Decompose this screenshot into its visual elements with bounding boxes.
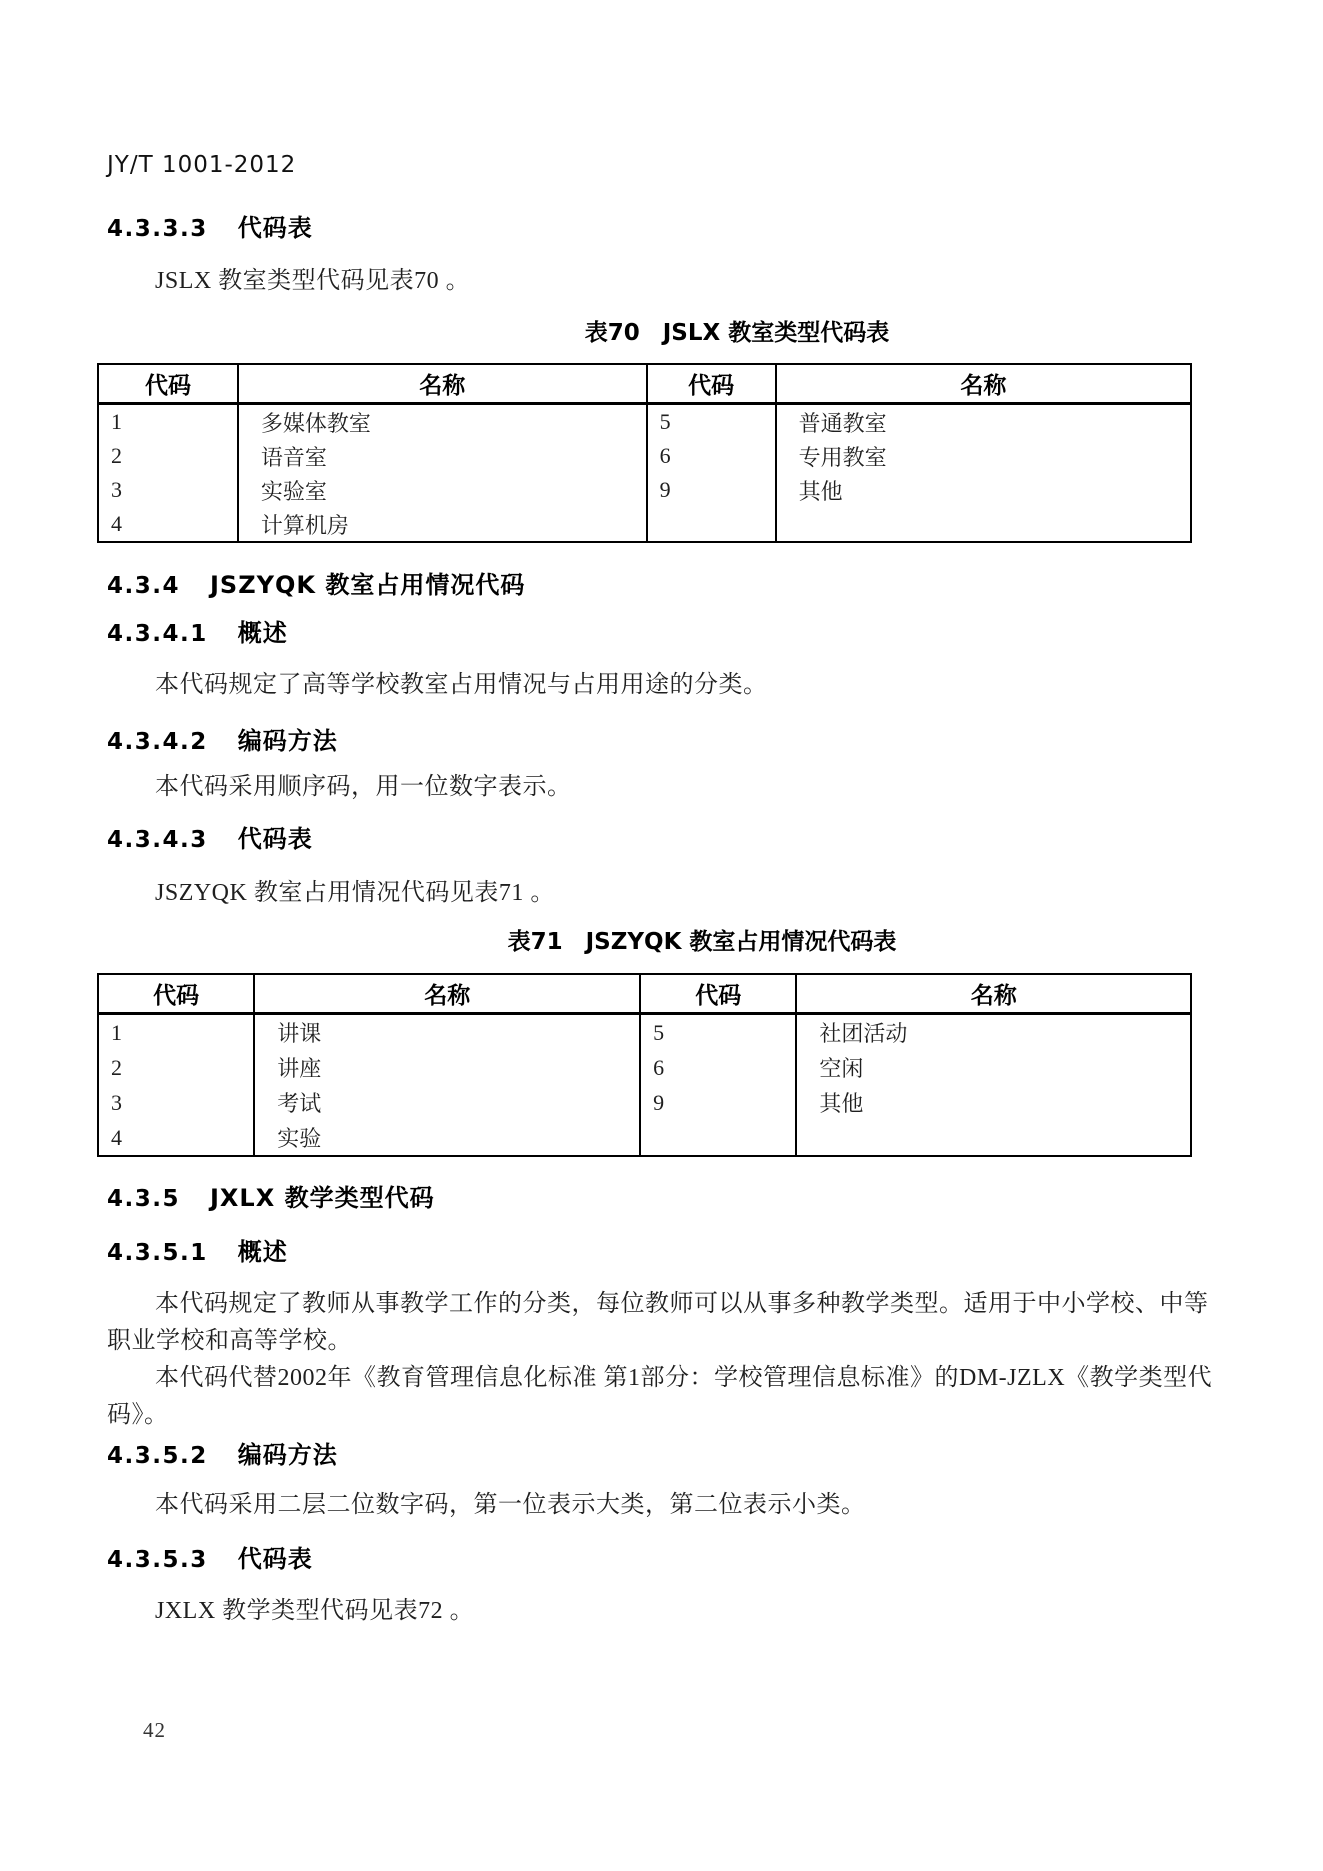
cell-code — [640, 1120, 796, 1156]
section-title: 概述 — [238, 1232, 288, 1267]
paragraph-jszyqk-ref: JSZYQK 教室占用情况代码见表71 。 — [107, 875, 1232, 912]
cell-name — [796, 1120, 1191, 1156]
cell-name: 其他 — [796, 1085, 1191, 1120]
cell-code: 6 — [640, 1050, 796, 1085]
table70-header-name-right: 名称 — [776, 364, 1191, 404]
cell-code: 5 — [640, 1014, 796, 1051]
section-number: 4.3.5.1 — [107, 1240, 208, 1266]
table70: 代码 名称 代码 名称 1 多媒体教室 5 普通教室 2 语音室 6 专用教室 … — [97, 363, 1192, 543]
cell-name: 语音室 — [238, 439, 647, 473]
cell-code: 2 — [98, 1050, 254, 1085]
paragraph-jslx-ref: JSLX 教室类型代码见表70 。 — [107, 263, 1232, 300]
cell-name: 社团活动 — [796, 1014, 1191, 1051]
table71-header-name-right: 名称 — [796, 974, 1191, 1014]
paragraph-coding-method-4-3-4: 本代码采用顺序码，用一位数字表示。 — [107, 769, 1232, 806]
cell-code: 2 — [98, 439, 238, 473]
cell-code: 9 — [640, 1085, 796, 1120]
table71-header-code-right: 代码 — [640, 974, 796, 1014]
section-title: 编码方法 — [238, 1435, 338, 1470]
section-title: JSZYQK 教室占用情况代码 — [210, 565, 525, 600]
cell-name: 多媒体教室 — [238, 404, 647, 440]
section-title: 代码表 — [238, 819, 313, 854]
cell-code: 5 — [647, 404, 776, 440]
section-heading-4-3-5: 4.3.5 JXLX 教学类型代码 — [107, 1178, 435, 1213]
table70-caption: 表70 JSLX 教室类型代码表 — [97, 314, 1192, 347]
table-row: 3 实验室 9 其他 — [98, 473, 1191, 507]
section-number: 4.3.4.3 — [107, 827, 208, 853]
section-heading-4-3-5-2: 4.3.5.2 编码方法 — [107, 1435, 338, 1470]
section-number: 4.3.4.1 — [107, 621, 208, 647]
table70-header-row: 代码 名称 代码 名称 — [98, 364, 1191, 404]
cell-name: 讲课 — [254, 1014, 640, 1051]
section-heading-4-3-4-2: 4.3.4.2 编码方法 — [107, 721, 338, 756]
section-heading-4-3-4-1: 4.3.4.1 概述 — [107, 613, 288, 648]
cell-name: 空闲 — [796, 1050, 1191, 1085]
section-heading-4-3-4-3: 4.3.4.3 代码表 — [107, 819, 313, 854]
section-heading-4-3-5-3: 4.3.5.3 代码表 — [107, 1539, 313, 1574]
table-row: 2 语音室 6 专用教室 — [98, 439, 1191, 473]
cell-name: 实验 — [254, 1120, 640, 1156]
paragraph-jxlx-ref: JXLX 教学类型代码见表72 。 — [107, 1593, 1232, 1630]
cell-name: 讲座 — [254, 1050, 640, 1085]
section-title: 代码表 — [238, 208, 313, 243]
table70-header-code-right: 代码 — [647, 364, 776, 404]
section-number: 4.3.4 — [107, 573, 180, 599]
standard-number: JY/T 1001-2012 — [107, 152, 296, 178]
table-row: 4 实验 — [98, 1120, 1191, 1156]
cell-name: 其他 — [776, 473, 1191, 507]
cell-code: 1 — [98, 404, 238, 440]
cell-code: 9 — [647, 473, 776, 507]
table71: 代码 名称 代码 名称 1 讲课 5 社团活动 2 讲座 6 空闲 3 考试 — [97, 973, 1192, 1157]
cell-code: 6 — [647, 439, 776, 473]
table-row: 4 计算机房 — [98, 507, 1191, 542]
section-number: 4.3.3.3 — [107, 216, 208, 242]
cell-code: 3 — [98, 1085, 254, 1120]
table71-header-row: 代码 名称 代码 名称 — [98, 974, 1191, 1014]
cell-code: 4 — [98, 507, 238, 542]
cell-name — [776, 507, 1191, 542]
table-row: 1 多媒体教室 5 普通教室 — [98, 404, 1191, 440]
cell-code: 4 — [98, 1120, 254, 1156]
table71-header-name-left: 名称 — [254, 974, 640, 1014]
paragraph-overview-4-3-5: 本代码规定了教师从事教学工作的分类，每位教师可以从事多种教学类型。适用于中小学校… — [107, 1286, 1232, 1434]
table71-header-code-left: 代码 — [98, 974, 254, 1014]
cell-name: 考试 — [254, 1085, 640, 1120]
section-title: 代码表 — [238, 1539, 313, 1574]
paragraph-coding-method-4-3-5: 本代码采用二层二位数字码，第一位表示大类，第二位表示小类。 — [107, 1487, 1232, 1524]
cell-name: 专用教室 — [776, 439, 1191, 473]
section-number: 4.3.5.3 — [107, 1547, 208, 1573]
table-row: 3 考试 9 其他 — [98, 1085, 1191, 1120]
section-heading-4-3-3-3: 4.3.3.3 代码表 — [107, 208, 313, 243]
cell-code — [647, 507, 776, 542]
section-title: 概述 — [238, 613, 288, 648]
cell-name: 普通教室 — [776, 404, 1191, 440]
section-number: 4.3.4.2 — [107, 729, 208, 755]
cell-code: 3 — [98, 473, 238, 507]
page-number: 42 — [143, 1718, 166, 1743]
document-page: JY/T 1001-2012 4.3.3.3 代码表 JSLX 教室类型代码见表… — [0, 0, 1323, 1871]
cell-name: 实验室 — [238, 473, 647, 507]
section-title: 编码方法 — [238, 721, 338, 756]
section-number: 4.3.5.2 — [107, 1443, 208, 1469]
paragraph-overview-4-3-4: 本代码规定了高等学校教室占用情况与占用用途的分类。 — [107, 667, 1232, 704]
section-title: JXLX 教学类型代码 — [210, 1178, 435, 1213]
cell-name: 计算机房 — [238, 507, 647, 542]
paragraph-line: 本代码代替2002年《教育管理信息化标准 第1部分：学校管理信息标准》的DM-J… — [107, 1360, 1232, 1434]
cell-code: 1 — [98, 1014, 254, 1051]
table-row: 2 讲座 6 空闲 — [98, 1050, 1191, 1085]
section-number: 4.3.5 — [107, 1186, 180, 1212]
table71-caption: 表71 JSZYQK 教室占用情况代码表 — [97, 923, 1192, 956]
paragraph-line: 本代码规定了教师从事教学工作的分类，每位教师可以从事多种教学类型。适用于中小学校… — [107, 1286, 1232, 1360]
table-row: 1 讲课 5 社团活动 — [98, 1014, 1191, 1051]
section-heading-4-3-5-1: 4.3.5.1 概述 — [107, 1232, 288, 1267]
table70-header-name-left: 名称 — [238, 364, 647, 404]
table70-header-code-left: 代码 — [98, 364, 238, 404]
section-heading-4-3-4: 4.3.4 JSZYQK 教室占用情况代码 — [107, 565, 525, 600]
